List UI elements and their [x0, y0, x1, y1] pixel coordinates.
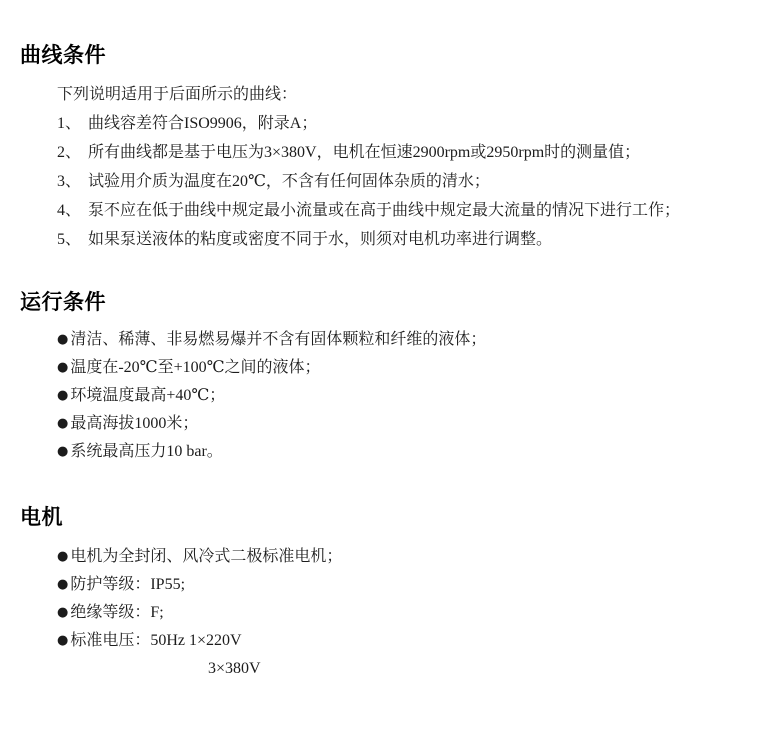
item-text: 绝缘等级：F; [70, 604, 163, 621]
item-text: 泵不应在低于曲线中规定最小流量或在高于曲线中规定最大流量的情况下进行工作； [88, 202, 680, 219]
list-item: 5、如果泵送液体的粘度或密度不同于水，则须对电机功率进行调整。 [57, 225, 772, 254]
section-heading-motor: 电机 [20, 506, 772, 529]
document-page: 曲线条件 下列说明适用于后面所示的曲线： 1、曲线容差符合ISO9906，附录A… [0, 0, 780, 737]
item-text: 最高海拔1000米； [70, 415, 198, 432]
section-heading-curve-conditions: 曲线条件 [20, 44, 772, 67]
section-heading-operating-conditions: 运行条件 [20, 291, 772, 314]
bullet-icon: ● [57, 599, 68, 627]
list-item: ●绝缘等级：F; [57, 599, 772, 627]
item-number: 2、 [57, 138, 81, 167]
item-text: 环境温度最高+40℃； [70, 387, 225, 404]
bullet-icon: ● [57, 543, 68, 571]
bullet-icon: ● [57, 410, 68, 438]
voltage-continuation-line: 3×380V [208, 655, 772, 683]
section-motor: 电机 ●电机为全封闭、风冷式二极标准电机； ●防护等级：IP55; ●绝缘等级：… [20, 506, 772, 683]
item-text: 试验用介质为温度在20℃，不含有任何固体杂质的清水； [88, 173, 490, 190]
item-text: 清洁、稀薄、非易燃易爆并不含有固体颗粒和纤维的液体； [70, 331, 486, 348]
item-text: 曲线容差符合ISO9906，附录A； [88, 115, 317, 132]
section-operating-conditions: 运行条件 ●清洁、稀薄、非易燃易爆并不含有固体颗粒和纤维的液体； ●温度在-20… [20, 291, 772, 466]
section-body: ●电机为全封闭、风冷式二极标准电机； ●防护等级：IP55; ●绝缘等级：F; … [57, 543, 772, 683]
list-item: 4、泵不应在低于曲线中规定最小流量或在高于曲线中规定最大流量的情况下进行工作； [57, 196, 772, 225]
item-text: 所有曲线都是基于电压为3×380V，电机在恒速2900rpm或2950rpm时的… [88, 144, 640, 161]
bullet-icon: ● [57, 354, 68, 382]
item-number: 1、 [57, 109, 81, 138]
section-body: 下列说明适用于后面所示的曲线： 1、曲线容差符合ISO9906，附录A； 2、所… [57, 80, 772, 254]
list-item: ●系统最高压力10 bar。 [57, 438, 772, 466]
bullet-icon: ● [57, 382, 68, 410]
bullet-icon: ● [57, 326, 68, 354]
section-body: ●清洁、稀薄、非易燃易爆并不含有固体颗粒和纤维的液体； ●温度在-20℃至+10… [57, 326, 772, 466]
item-number: 3、 [57, 167, 81, 196]
item-text: 防护等级：IP55; [70, 576, 185, 593]
list-item: ●环境温度最高+40℃； [57, 382, 772, 410]
list-item: ●防护等级：IP55; [57, 571, 772, 599]
list-item: ●清洁、稀薄、非易燃易爆并不含有固体颗粒和纤维的液体； [57, 326, 772, 354]
item-number: 5、 [57, 225, 81, 254]
bullet-icon: ● [57, 627, 68, 655]
item-text: 温度在-20℃至+100℃之间的液体； [70, 359, 320, 376]
section-curve-conditions: 曲线条件 下列说明适用于后面所示的曲线： 1、曲线容差符合ISO9906，附录A… [20, 44, 772, 254]
item-text: 标准电压：50Hz 1×220V [70, 632, 241, 649]
list-item: 2、所有曲线都是基于电压为3×380V，电机在恒速2900rpm或2950rpm… [57, 138, 772, 167]
list-item: ●温度在-20℃至+100℃之间的液体； [57, 354, 772, 382]
item-text: 系统最高压力10 bar。 [70, 443, 222, 460]
item-text: 电机为全封闭、风冷式二极标准电机； [70, 548, 342, 565]
intro-line: 下列说明适用于后面所示的曲线： [57, 80, 772, 109]
list-item: 3、试验用介质为温度在20℃，不含有任何固体杂质的清水； [57, 167, 772, 196]
bullet-icon: ● [57, 438, 68, 466]
list-item: ●最高海拔1000米； [57, 410, 772, 438]
bullet-icon: ● [57, 571, 68, 599]
item-text: 如果泵送液体的粘度或密度不同于水，则须对电机功率进行调整。 [88, 231, 552, 248]
item-number: 4、 [57, 196, 81, 225]
list-item: ●电机为全封闭、风冷式二极标准电机； [57, 543, 772, 571]
list-item: ●标准电压：50Hz 1×220V [57, 627, 772, 655]
list-item: 1、曲线容差符合ISO9906，附录A； [57, 109, 772, 138]
